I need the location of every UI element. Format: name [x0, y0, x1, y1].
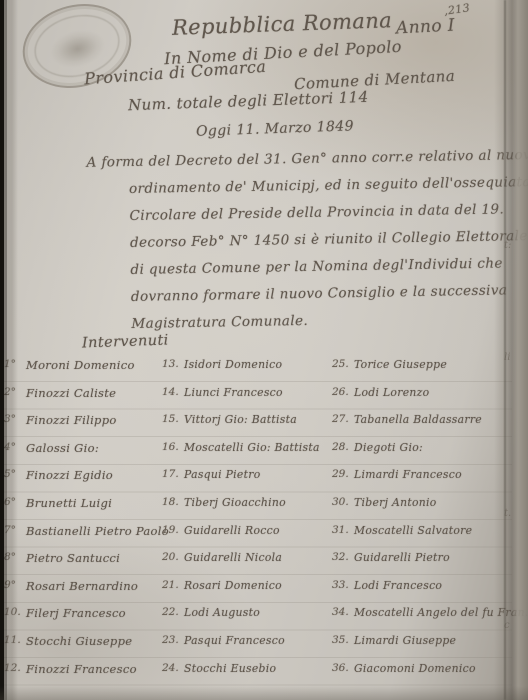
attendee-name: Limardi Francesco	[354, 468, 462, 481]
attendees-list: 1°Moroni Domenico2°Finozzi Caliste3°Fino…	[0, 358, 512, 690]
attendee-number: 15.	[162, 413, 184, 425]
attendee-name: Torice Giuseppe	[354, 358, 447, 371]
attendee-name: Rosari Bernardino	[26, 579, 138, 593]
attendee-number: 26.	[332, 386, 354, 398]
attendee-name: Isidori Domenico	[184, 358, 282, 371]
bottom-edge-shadow	[0, 686, 528, 700]
attendee-number: 24.	[162, 662, 184, 674]
attendee-row: 18.Tiberj Gioacchino	[162, 496, 330, 524]
date-line: Oggi 11. Marzo 1849	[196, 118, 354, 140]
attendee-row: 10.Filerj Francesco	[4, 606, 160, 634]
attendee-number: 22.	[162, 606, 184, 618]
attendee-name: Lodi Francesco	[354, 579, 442, 592]
attendee-name: Guidarelli Pietro	[354, 551, 450, 564]
attendee-name: Lodi Lorenzo	[354, 386, 429, 399]
attendee-name: Brunetti Luigi	[26, 496, 112, 510]
attendee-number: 27.	[332, 413, 354, 425]
attendee-name: Bastianelli Pietro Paolo	[26, 524, 169, 538]
attendee-name: Guidarelli Rocco	[184, 524, 280, 537]
attendee-name: Tabanella Baldassarre	[354, 413, 482, 426]
attendee-row: 9°Rosari Bernardino	[4, 579, 160, 607]
attendee-name: Finozzi Egidio	[26, 468, 113, 482]
attendee-row: 7°Bastianelli Pietro Paolo	[4, 524, 160, 552]
scan-left-edge	[0, 0, 18, 700]
attendee-name: Stocchi Eusebio	[184, 662, 276, 675]
attendee-column: 13.Isidori Domenico14.Liunci Francesco15…	[162, 358, 330, 689]
attendee-row: 16.Moscatelli Gio: Battista	[162, 441, 330, 469]
attendee-name: Finozzi Filippo	[26, 413, 117, 427]
body-paragraph: A forma del Decreto del 31. Gen° anno co…	[86, 142, 513, 338]
attendee-row: 23.Pasqui Francesco	[162, 634, 330, 662]
attendee-number: 30.	[332, 496, 354, 508]
attendee-number: 35.	[332, 634, 354, 646]
attendee-name: Rosari Domenico	[184, 579, 282, 592]
attendee-row: 12.Finozzi Francesco	[4, 662, 160, 690]
attendee-number: 25.	[332, 358, 354, 370]
attendee-name: Lodi Augusto	[184, 606, 260, 619]
attendee-number: 19.	[162, 524, 184, 536]
attendee-number: 20.	[162, 551, 184, 563]
attendee-row: 2°Finozzi Caliste	[4, 386, 160, 414]
attendee-row: 17.Pasqui Pietro	[162, 468, 330, 496]
attendee-name: Pasqui Pietro	[184, 468, 261, 481]
attendee-row: 4°Galossi Gio:	[4, 441, 160, 469]
attendee-name: Moscatelli Salvatore	[354, 524, 472, 537]
page-number: ,213	[443, 1, 471, 18]
attendee-name: Giacomoni Domenico	[354, 662, 476, 675]
attendee-name: Diegoti Gio:	[354, 441, 423, 454]
attendee-number: 16.	[162, 441, 184, 453]
attendee-name: Vittorj Gio: Battista	[184, 413, 297, 426]
attendee-name: Pasqui Francesco	[184, 634, 285, 647]
book-gutter-shadow	[494, 0, 528, 700]
gutter-crease-line	[504, 0, 506, 700]
manuscript-page: Repubblica Romana Anno I ,213 In Nome di…	[0, 0, 528, 700]
attendee-number: 14.	[162, 386, 184, 398]
attendee-row: 1°Moroni Domenico	[4, 358, 160, 386]
attendees-heading: Intervenuti	[82, 332, 169, 351]
attendee-row: 5°Finozzi Egidio	[4, 468, 160, 496]
attendee-name: Tiberj Antonio	[354, 496, 437, 509]
attendee-name: Finozzi Francesco	[26, 662, 137, 676]
attendee-row: 24.Stocchi Eusebio	[162, 662, 330, 690]
attendee-row: 6°Brunetti Luigi	[4, 496, 160, 524]
attendee-row: 3°Finozzi Filippo	[4, 413, 160, 441]
attendee-number: 23.	[162, 634, 184, 646]
attendee-name: Filerj Francesco	[26, 606, 126, 620]
attendee-number: 33.	[332, 579, 354, 591]
attendee-column: 1°Moroni Domenico2°Finozzi Caliste3°Fino…	[4, 358, 160, 689]
attendee-number: 13.	[162, 358, 184, 370]
attendee-name: Moroni Domenico	[26, 358, 135, 372]
electors-total-line: Num. totale degli Elettori 114	[128, 88, 369, 114]
attendee-number: 34.	[332, 606, 354, 618]
page-title: Repubblica Romana	[150, 7, 415, 40]
attendee-name: Finozzi Caliste	[26, 386, 116, 400]
attendee-row: 22.Lodi Augusto	[162, 606, 330, 634]
attendee-row: 11.Stocchi Giuseppe	[4, 634, 160, 662]
attendee-name: Stocchi Giuseppe	[26, 634, 132, 648]
attendee-row: 21.Rosari Domenico	[162, 579, 330, 607]
attendee-number: 18.	[162, 496, 184, 508]
attendee-name: Tiberj Gioacchino	[184, 496, 286, 509]
attendee-row: 13.Isidori Domenico	[162, 358, 330, 386]
attendee-name: Guidarelli Nicola	[184, 551, 282, 564]
attendee-number: 32.	[332, 551, 354, 563]
attendee-row: 14.Liunci Francesco	[162, 386, 330, 414]
attendee-name: Limardi Giuseppe	[354, 634, 456, 647]
attendee-row: 19.Guidarelli Rocco	[162, 524, 330, 552]
attendee-number: 17.	[162, 468, 184, 480]
attendee-row: 8°Pietro Santucci	[4, 551, 160, 579]
attendee-number: 31.	[332, 524, 354, 536]
attendee-row: 20.Guidarelli Nicola	[162, 551, 330, 579]
attendee-number: 36.	[332, 662, 354, 674]
attendee-name: Moscatelli Gio: Battista	[184, 441, 320, 454]
attendee-name: Liunci Francesco	[184, 386, 283, 399]
attendee-number: 28.	[332, 441, 354, 453]
attendee-name: Galossi Gio:	[26, 441, 99, 455]
attendee-number: 21.	[162, 579, 184, 591]
attendee-row: 15.Vittorj Gio: Battista	[162, 413, 330, 441]
attendee-number: 29.	[332, 468, 354, 480]
attendee-name: Pietro Santucci	[26, 551, 120, 565]
